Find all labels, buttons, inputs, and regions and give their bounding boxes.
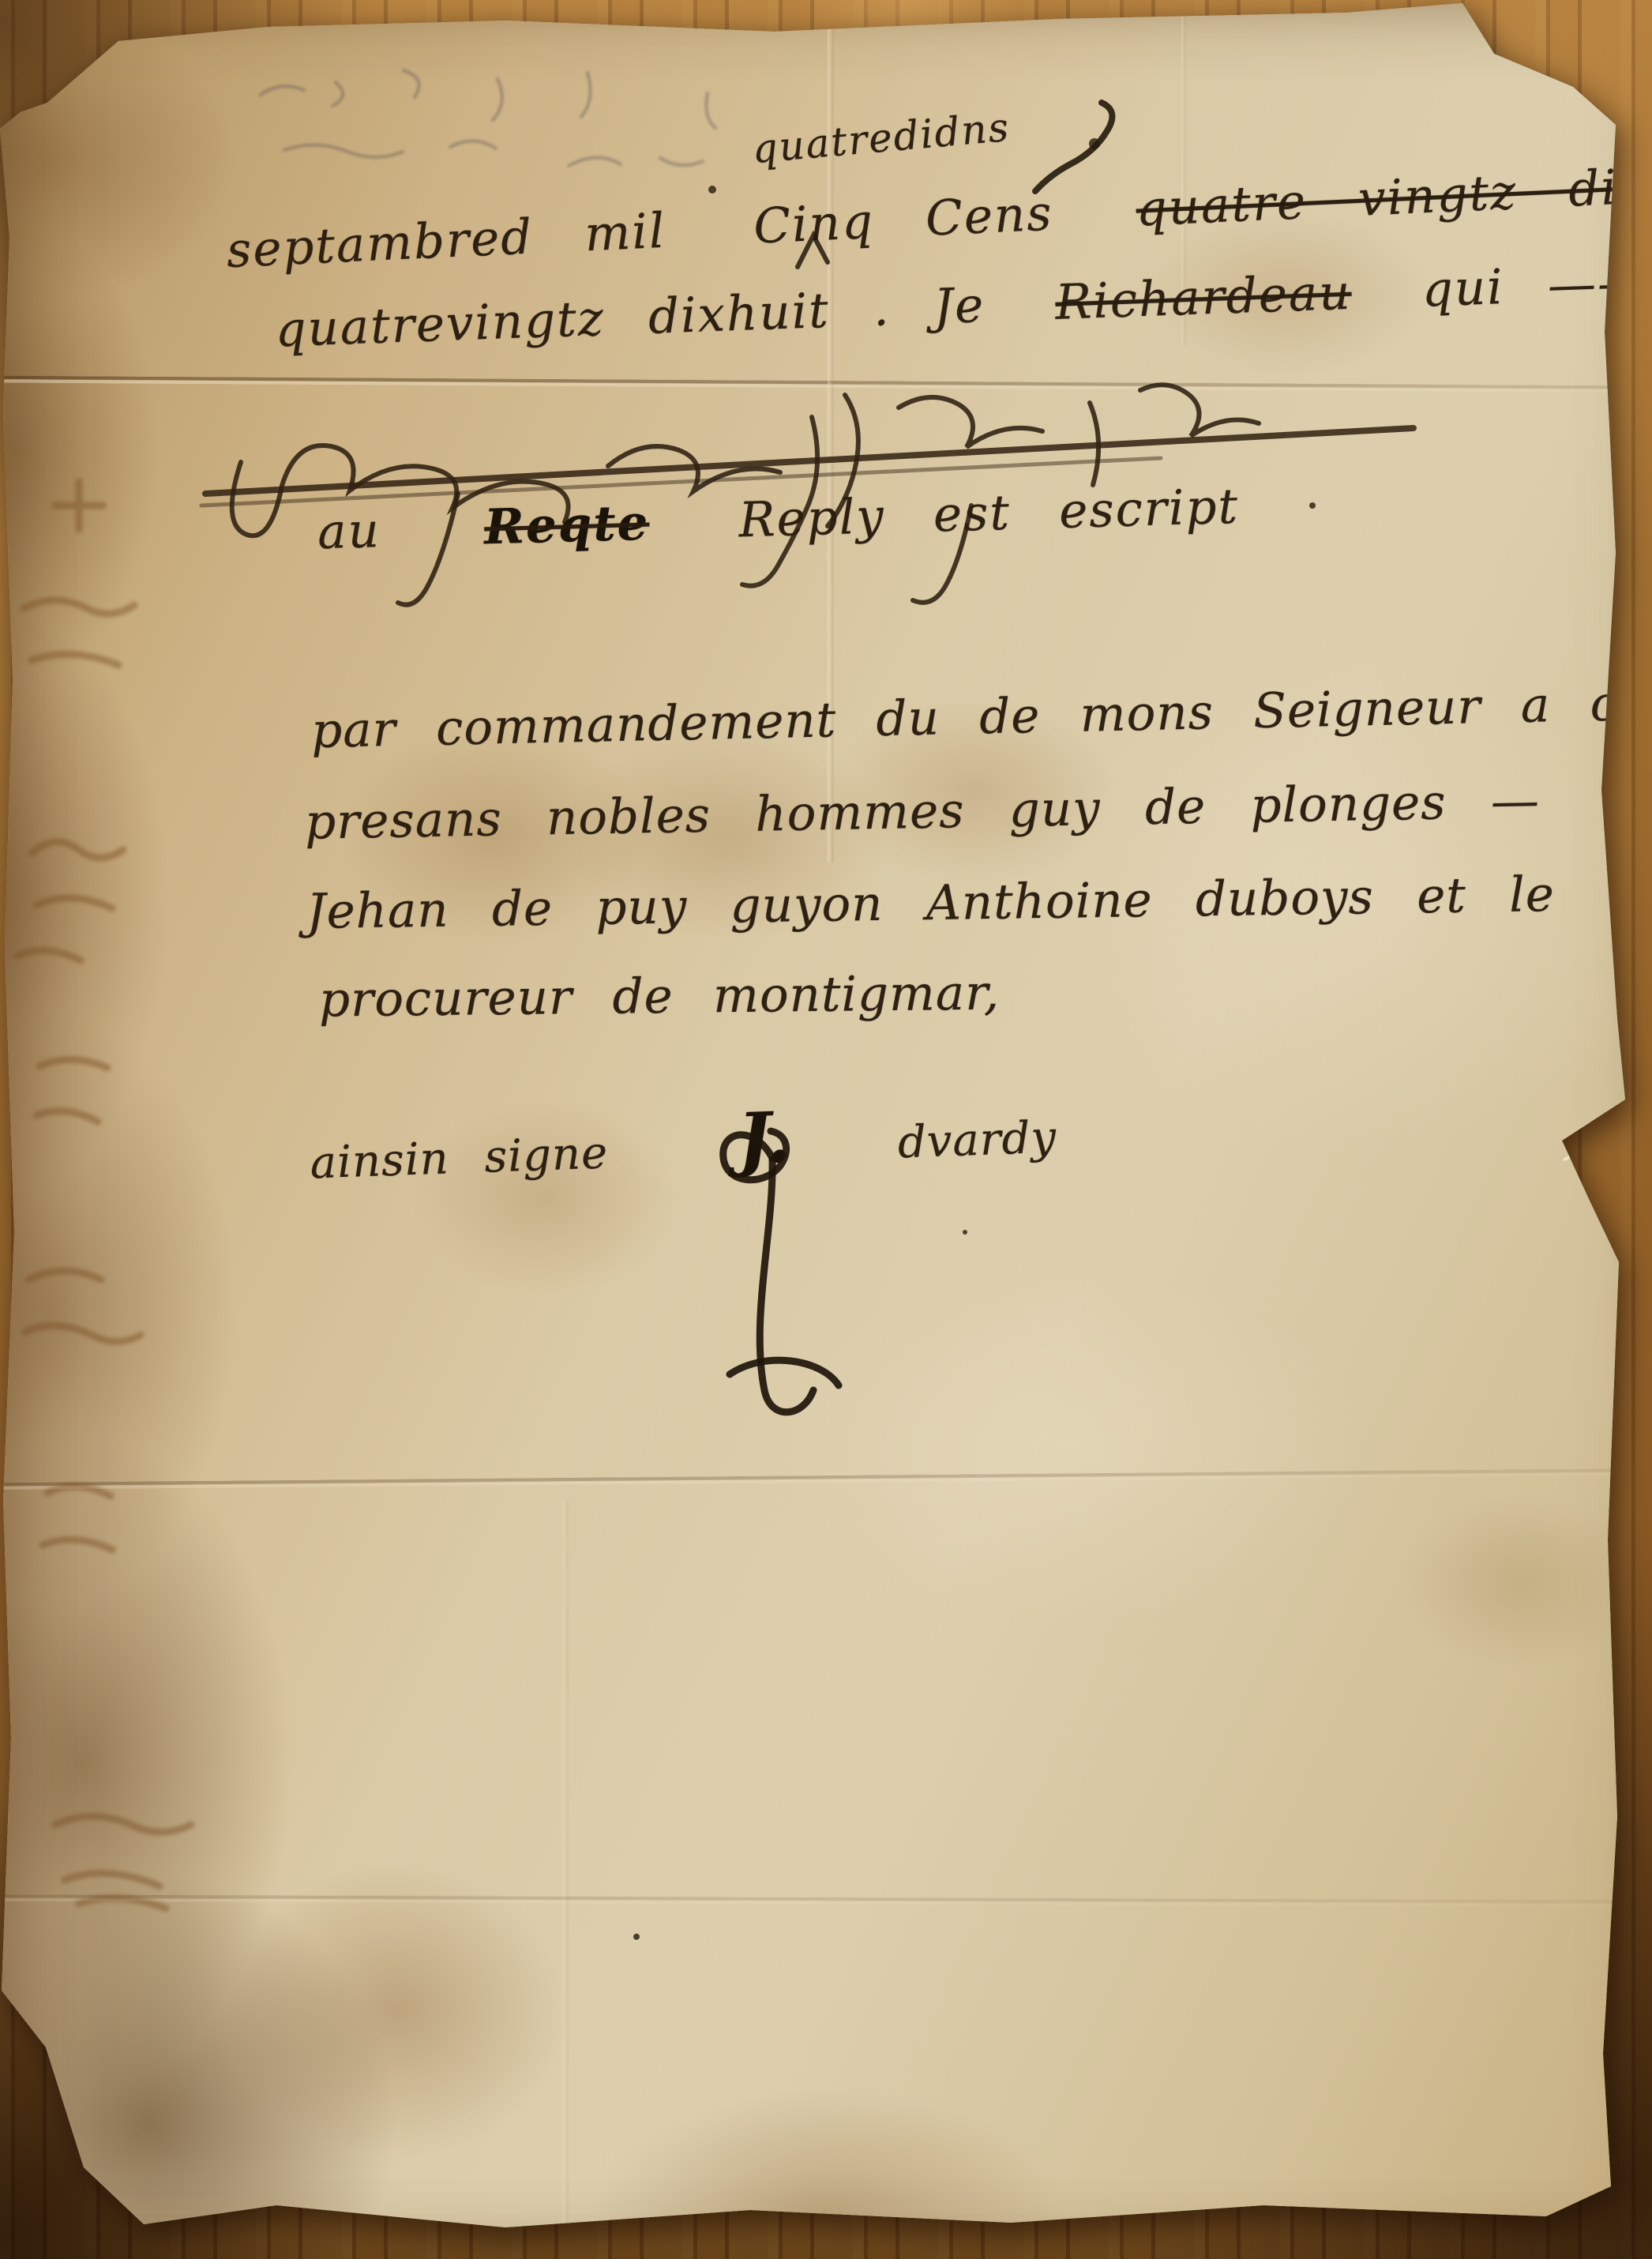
ink-specks: [0, 0, 1652, 2259]
photo-scene: quatredidns septambred mil Cinq Cens qua…: [0, 0, 1652, 2259]
paper-wrapper: quatredidns septambred mil Cinq Cens qua…: [0, 0, 1652, 2259]
manuscript-paper: quatredidns septambred mil Cinq Cens qua…: [0, 0, 1652, 2259]
